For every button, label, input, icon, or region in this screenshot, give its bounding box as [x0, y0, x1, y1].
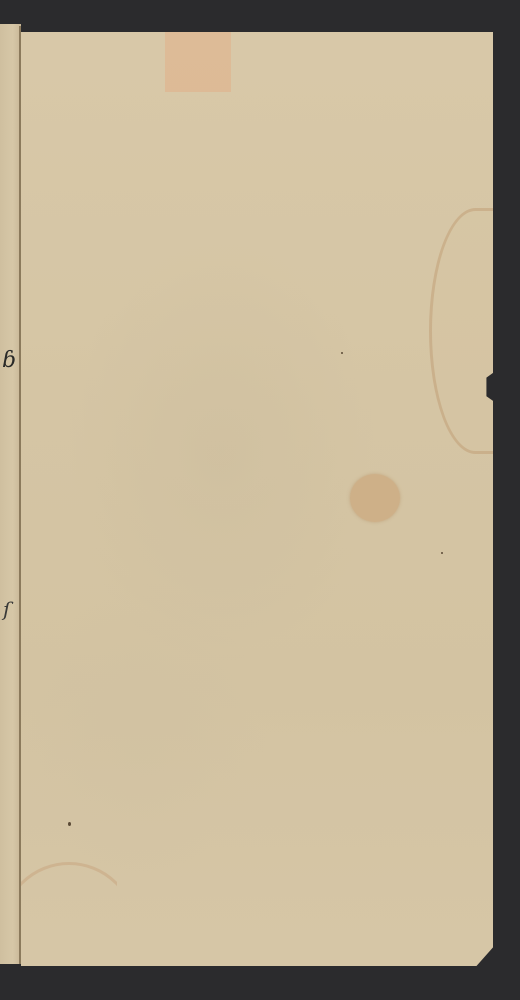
facing-page-edge: ɓ ſ: [0, 24, 21, 964]
spine-fold: [19, 26, 21, 964]
ink-speck: [441, 552, 443, 554]
facing-page-ink-fragment: ɓ: [2, 346, 16, 376]
ink-speck: [341, 352, 343, 354]
manuscript-page: [21, 32, 493, 966]
round-stain: [350, 474, 400, 522]
ink-speck: [68, 822, 71, 826]
facing-page-ink-fragment-2: ſ: [3, 594, 15, 624]
